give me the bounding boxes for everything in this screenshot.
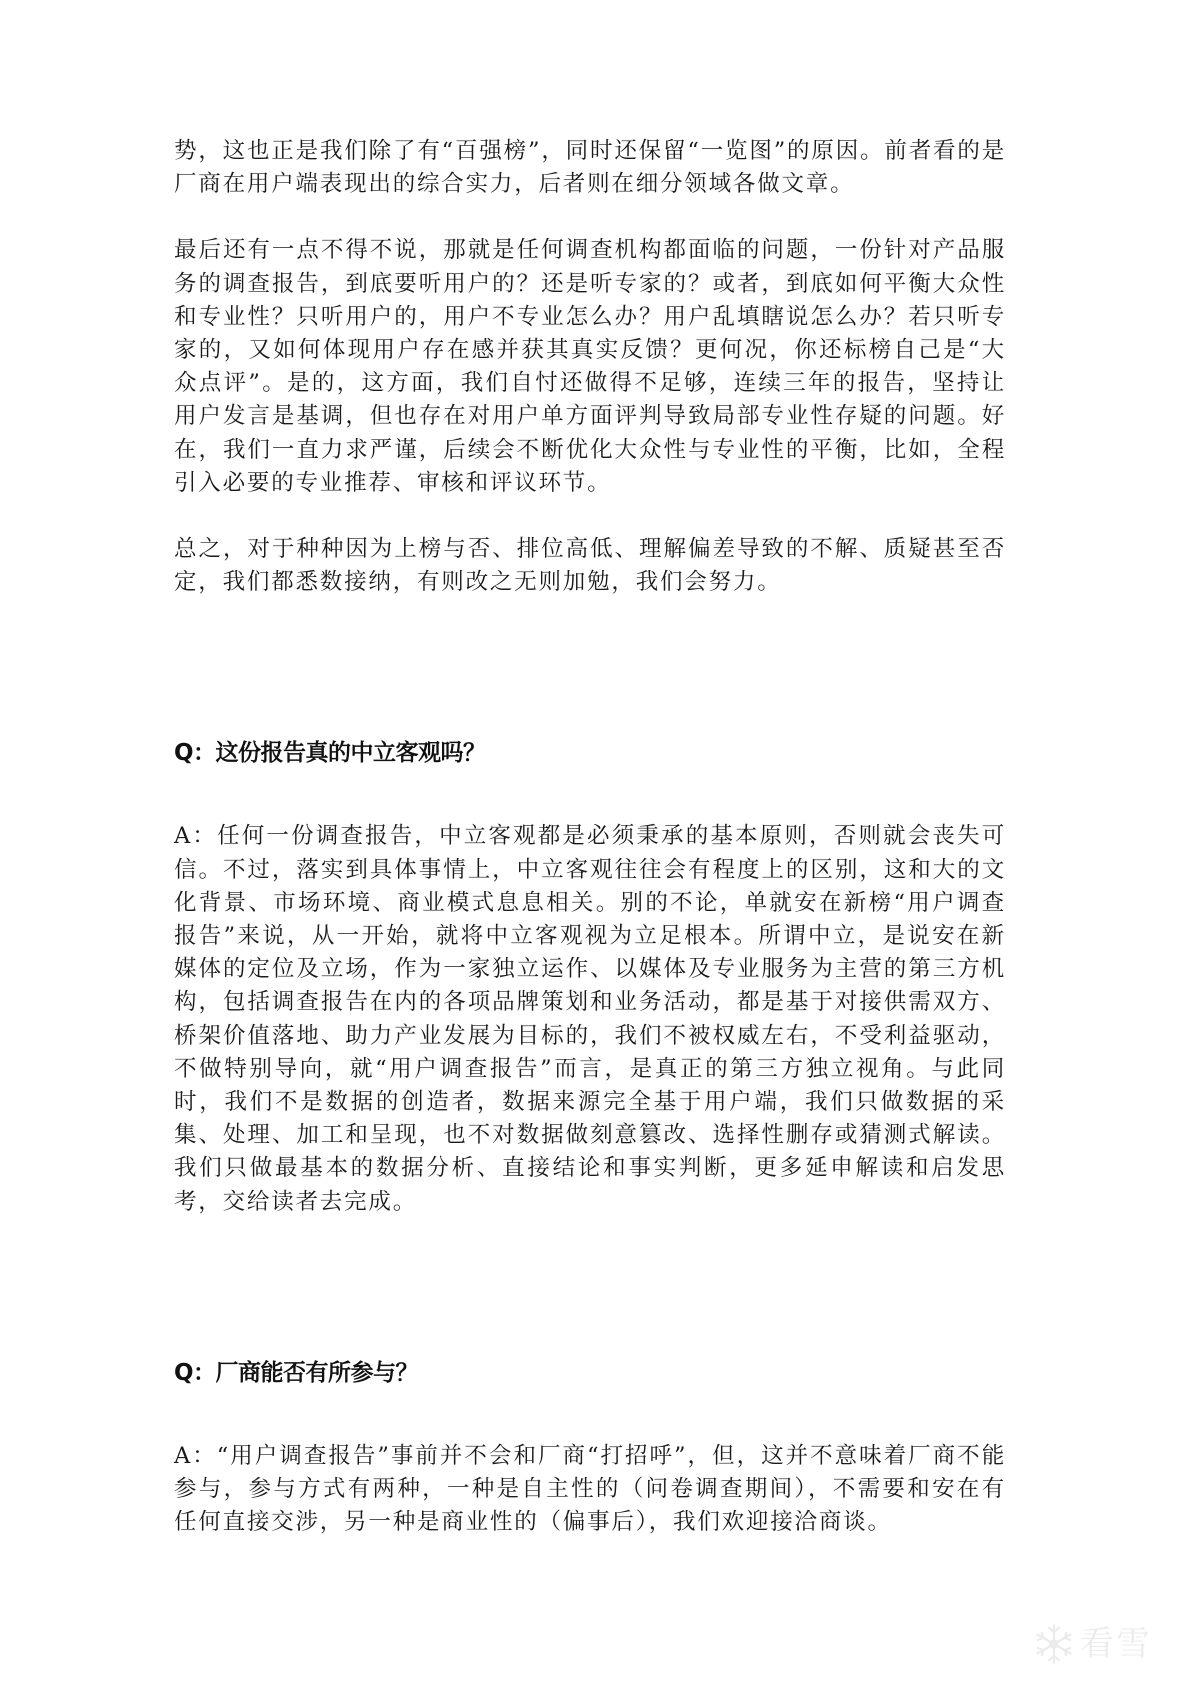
paragraph-intro-3: 总之，对于种种因为上榜与否、排位高低、理解偏差导致的不解、质疑甚至否定，我们都悉… xyxy=(174,533,1006,599)
paragraph-intro-1: 势，这也正是我们除了有“百强榜”，同时还保留“一览图”的原因。前者看的是厂商在用… xyxy=(174,135,1006,201)
watermark-text: 看雪 xyxy=(1080,1624,1152,1664)
watermark: 看雪 xyxy=(1032,1622,1152,1666)
snowflake-icon xyxy=(1032,1622,1076,1666)
answer-neutrality: A：任何一份调查报告，中立客观都是必须秉承的基本原则，否则就会丧失可信。不过，落… xyxy=(174,820,1006,1218)
paragraph-intro-2: 最后还有一点不得不说，那就是任何调查机构都面临的问题，一份针对产品服务的调查报告… xyxy=(174,234,1006,500)
answer-vendor-participation: A：“用户调查报告”事前并不会和厂商“打招呼”，但，这并不意味着厂商不能参与，参… xyxy=(174,1440,1006,1540)
document-page: 势，这也正是我们除了有“百强榜”，同时还保留“一览图”的原因。前者看的是厂商在用… xyxy=(174,135,1006,1539)
question-heading-neutrality: Q：这份报告真的中立客观吗？ xyxy=(174,737,1006,770)
question-heading-vendor-participation: Q：厂商能否有所参与？ xyxy=(174,1357,1006,1390)
